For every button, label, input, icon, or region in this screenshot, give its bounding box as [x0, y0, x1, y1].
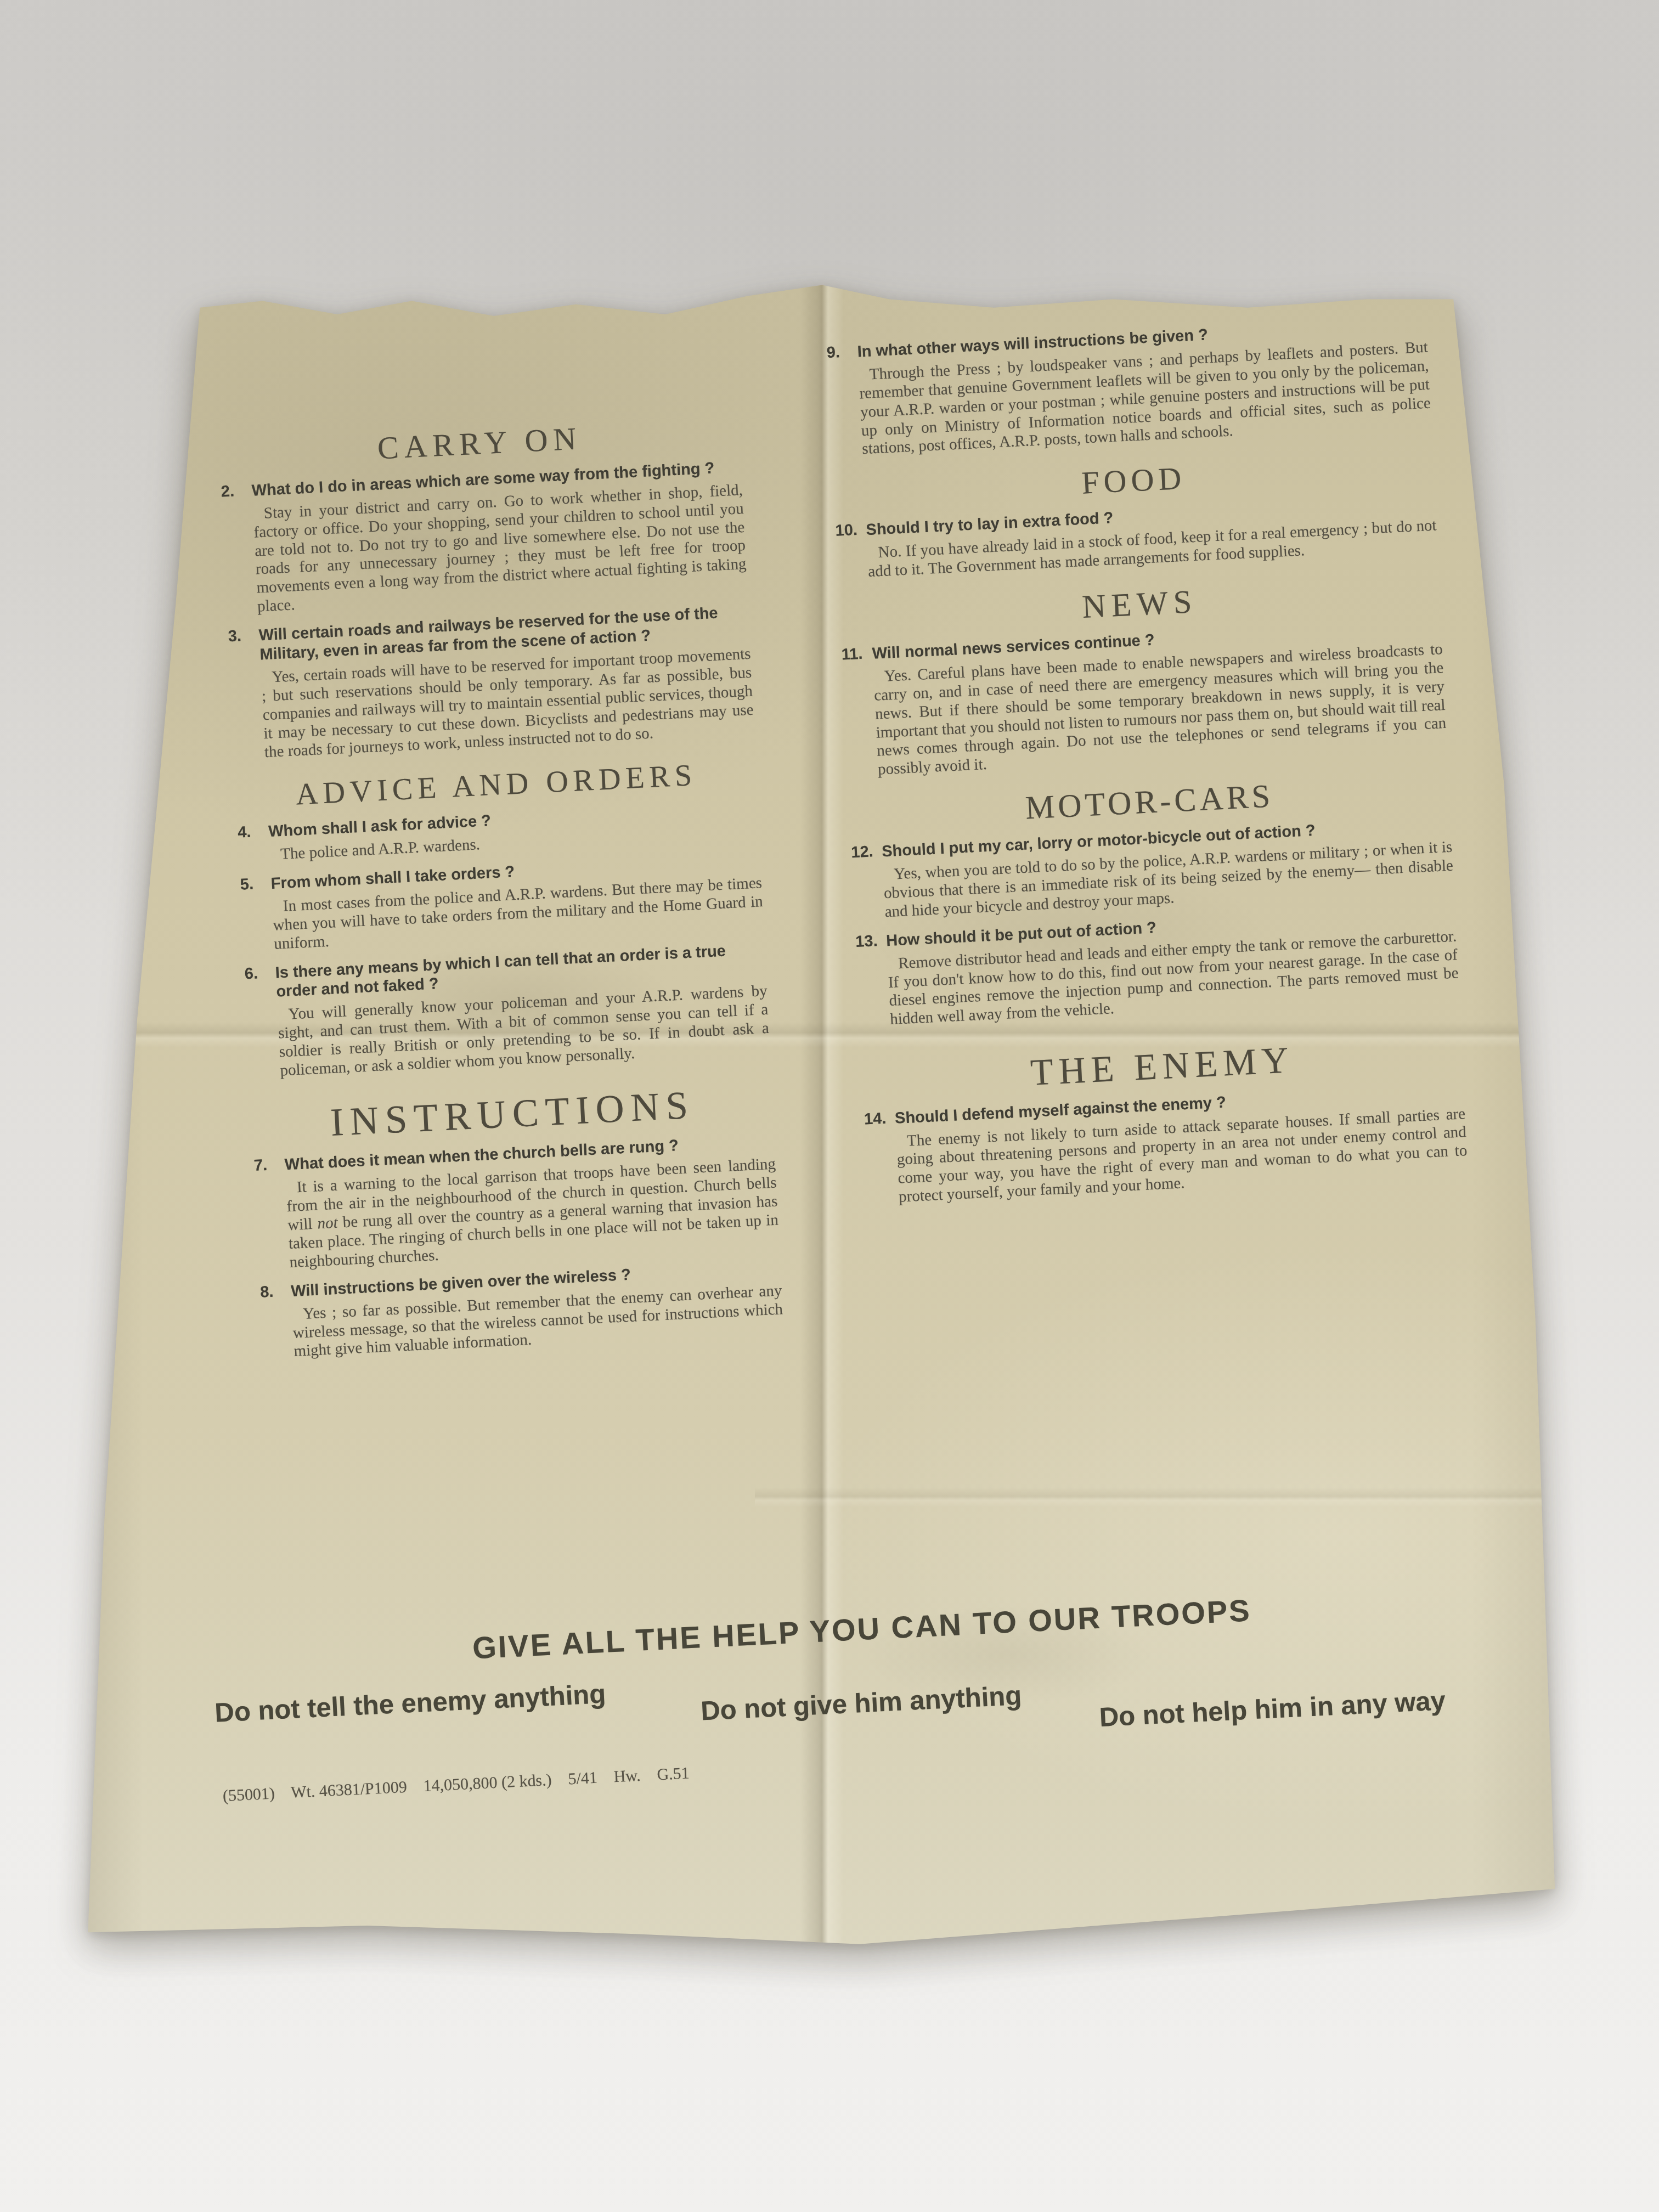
question-12-number: 12.	[851, 843, 874, 862]
qa-item-14: 14. Should I defend myself against the e…	[864, 1081, 1468, 1209]
qa-item-9: 9. In what other ways will instructions …	[826, 315, 1432, 461]
photo-background: CARRY ON 2. What do I do in areas which …	[0, 0, 1659, 2212]
qa-item-3: 3. Will certain roads and railways be re…	[228, 602, 755, 763]
question-11-number: 11.	[841, 645, 863, 664]
qa-item-7: 7. What does it mean when the church bel…	[253, 1132, 780, 1274]
question-5-number: 5.	[240, 875, 254, 894]
slogan-give-all-help: GIVE ALL THE HELP YOU CAN TO OUR TROOPS	[472, 1592, 1252, 1666]
qa-item-13: 13. How should it be put out of action ?…	[855, 904, 1460, 1031]
question-9-number: 9.	[826, 343, 840, 362]
answer-7-emphasis: not	[317, 1214, 338, 1233]
qa-item-6: 6. Is there any means by which I can tel…	[244, 940, 770, 1082]
qa-item-2: 2. What do I do in areas which are some …	[221, 458, 748, 618]
question-6-number: 6.	[244, 964, 258, 983]
right-column: 9. In what other ways will instructions …	[826, 315, 1469, 1218]
question-7-number: 7.	[253, 1156, 268, 1175]
question-10-number: 10.	[835, 521, 858, 540]
left-column: CARRY ON 2. What do I do in areas which …	[218, 414, 785, 1373]
qa-item-12: 12. Should I put my car, lorry or motor-…	[851, 815, 1455, 923]
answer-2-text: Stay in your district and carry on. Go t…	[252, 481, 748, 617]
question-8-number: 8.	[259, 1283, 274, 1301]
paper-surface: CARRY ON 2. What do I do in areas which …	[69, 283, 1561, 1956]
qa-item-8: 8. Will instructions be given over the w…	[259, 1258, 784, 1363]
qa-item-11: 11. Will normal news services continue ?…	[841, 617, 1448, 781]
print-imprint-line: (55001) Wt. 46381/P1009 14,050,800 (2 kd…	[222, 1764, 690, 1806]
slogan-do-not-tell: Do not tell the enemy anything	[214, 1679, 606, 1729]
answer-3-text: Yes, certain roads will have to be reser…	[261, 645, 755, 762]
answer-11-text: Yes. Careful plans have been made to ena…	[873, 640, 1448, 780]
question-13-number: 13.	[855, 932, 878, 951]
question-2-number: 2.	[221, 482, 235, 501]
question-4-number: 4.	[237, 823, 251, 842]
leaflet-content: CARRY ON 2. What do I do in areas which …	[29, 247, 1601, 1991]
slogan-do-not-give: Do not give him anything	[700, 1680, 1022, 1727]
leaflet-paper: CARRY ON 2. What do I do in areas which …	[69, 283, 1561, 1956]
question-3-number: 3.	[228, 627, 242, 646]
question-14-number: 14.	[864, 1109, 887, 1128]
slogan-do-not-help: Do not help him in any way	[1099, 1685, 1447, 1733]
qa-item-5: 5. From whom shall I take orders ? In mo…	[240, 850, 764, 955]
answer-7-text: It is a warning to the local garrison th…	[285, 1155, 780, 1272]
